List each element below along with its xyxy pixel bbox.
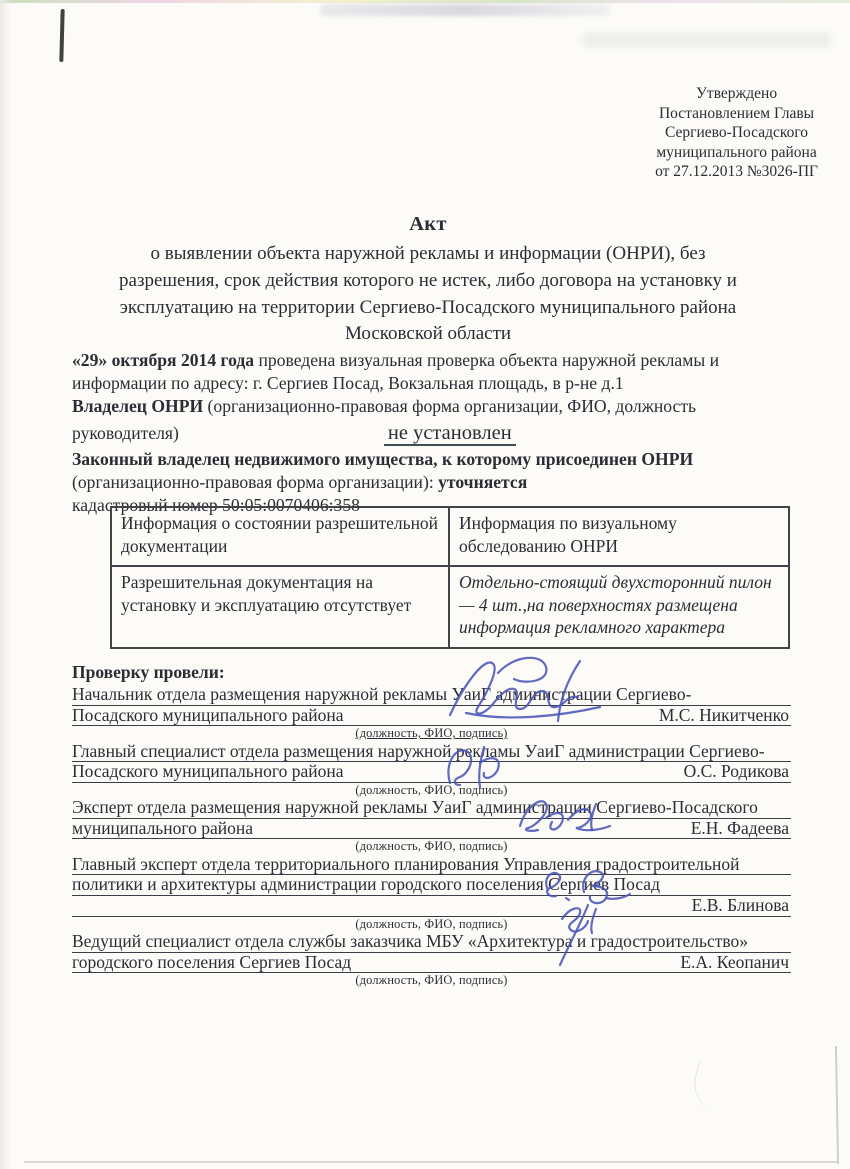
inspector-role-line: Начальник отдела размещения наружной рек…: [72, 685, 791, 706]
inspection-date: «29» октября 2014 года: [72, 350, 254, 370]
inspection-table: Информация о состоянии разрешительной до…: [110, 506, 790, 649]
title-line: разрешения, срок действия которого не ис…: [66, 268, 790, 295]
table-row: Разрешительная документация на установку…: [111, 566, 789, 648]
pen-mark: [59, 9, 64, 62]
title-line: эксплуатацию на территории Сергиево-Поса…: [66, 295, 790, 322]
inspector-name: Е.А. Кеопанич: [680, 953, 791, 973]
inspection-block: Проверку провели: Начальник отдела разме…: [72, 661, 791, 988]
intro-line: Владелец ОНРИ (организационно-правовая ф…: [72, 395, 796, 418]
inspector-name: О.С. Родикова: [684, 762, 791, 782]
not-established-value: не установлен: [384, 422, 516, 446]
inspector-role-line: Ведущий специалист отдела службы заказчи…: [72, 932, 791, 953]
table-cell-visual: Отдельно-стоящий двухсторонний пилон — 4…: [449, 566, 789, 648]
signature-caption: (должность, ФИО, подпись): [72, 917, 791, 932]
inspector-name: М.С. Никитченко: [659, 706, 791, 726]
title-line: Московской области: [66, 321, 790, 348]
intro-line: руководителя)не установлен: [72, 418, 796, 448]
table-header-permits: Информация о состоянии разрешительной до…: [111, 507, 449, 566]
scan-edge-top: [0, 0, 850, 3]
signature-caption: (должность, ФИО, подпись): [72, 726, 791, 741]
signature-keopanich: [542, 899, 634, 974]
approval-line: от 27.12.2013 №3026-ПГ: [655, 162, 818, 182]
approval-line: Сергиево-Посадского: [655, 123, 818, 143]
signature-nikitchenko: [438, 651, 613, 738]
inspector-role-line: Эксперт отдела размещения наружной рекла…: [72, 798, 791, 819]
inspector-signature-line: Посадского муниципального района М.С. Ни…: [72, 706, 791, 727]
inspector-signature-line: городского поселения Сергиев Посад Е.А. …: [72, 953, 791, 974]
intro-line: информации по адресу: г. Сергиев Посад, …: [72, 372, 796, 395]
inspector-signature-line: муниципального района Е.Н. Фадеева: [72, 819, 791, 840]
inspector-role-line: Главный специалист отдела размещения нар…: [72, 742, 791, 763]
scan-edge-right: [835, 1046, 839, 1164]
intro-line: (организационно-правовая форма организац…: [72, 471, 796, 494]
signature-caption: (должность, ФИО, подпись): [72, 839, 791, 854]
approval-line: Утверждено: [655, 84, 818, 104]
inspector-row: Главный специалист отдела размещения нар…: [72, 742, 791, 799]
intro-line: «29» октября 2014 года проведена визуаль…: [72, 349, 796, 372]
table-header-row: Информация о состоянии разрешительной до…: [111, 507, 789, 566]
ink-bleed-smudge: [320, 4, 610, 16]
inspector-name: Е.Н. Фадеева: [691, 819, 791, 839]
inspector-signature-line: Посадского муниципального района О.С. Ро…: [72, 762, 791, 783]
clarifying-value: уточняется: [438, 472, 527, 492]
signature-fadeeva: [512, 792, 618, 843]
signature-caption: (должность, ФИО, подпись): [72, 973, 791, 988]
scan-edge-bottom: [24, 1161, 837, 1163]
inspector-role-line: политики и архитектуры администрации гор…: [72, 875, 791, 896]
page-fold-mark: [686, 1061, 735, 1114]
scanned-document-page: Утверждено Постановлением Главы Сергиево…: [0, 0, 850, 1169]
approval-line: Постановлением Главы: [655, 104, 818, 124]
inspector-row: Эксперт отдела размещения наружной рекла…: [72, 798, 791, 855]
table-header-visual: Информация по визуальному обследованию О…: [449, 507, 789, 566]
inspection-heading: Проверку провели:: [72, 661, 791, 683]
intro-paragraph: «29» октября 2014 года проведена визуаль…: [72, 349, 796, 517]
document-title-block: Акт о выявлении объекта наружной рекламы…: [66, 213, 790, 348]
title-line: о выявлении объекта наружной рекламы и и…: [66, 241, 790, 268]
signature-rodikova: [436, 739, 528, 800]
scan-edge-left: [0, 0, 11, 1169]
inspector-signature-line: Е.В. Блинова: [72, 896, 791, 917]
document-title: Акт: [66, 213, 790, 236]
inspector-row: Начальник отдела размещения наружной рек…: [72, 685, 791, 742]
inspector-row: Главный эксперт отдела территориального …: [72, 855, 791, 932]
approval-block: Утверждено Постановлением Главы Сергиево…: [655, 84, 818, 182]
signature-caption: (должность, ФИО, подпись): [72, 783, 791, 798]
inspector-row: Ведущий специалист отдела службы заказчи…: [72, 932, 791, 989]
table-cell-permits: Разрешительная документация на установку…: [111, 566, 449, 648]
inspector-role-line: Главный эксперт отдела территориального …: [72, 855, 791, 876]
approval-line: муниципального района: [655, 143, 818, 163]
legal-owner-label: Законный владелец недвижимого имущества,…: [72, 448, 796, 471]
inspector-name: Е.В. Блинова: [692, 896, 791, 916]
scan-smudge: [582, 32, 832, 48]
owner-label: Владелец ОНРИ: [72, 396, 203, 416]
